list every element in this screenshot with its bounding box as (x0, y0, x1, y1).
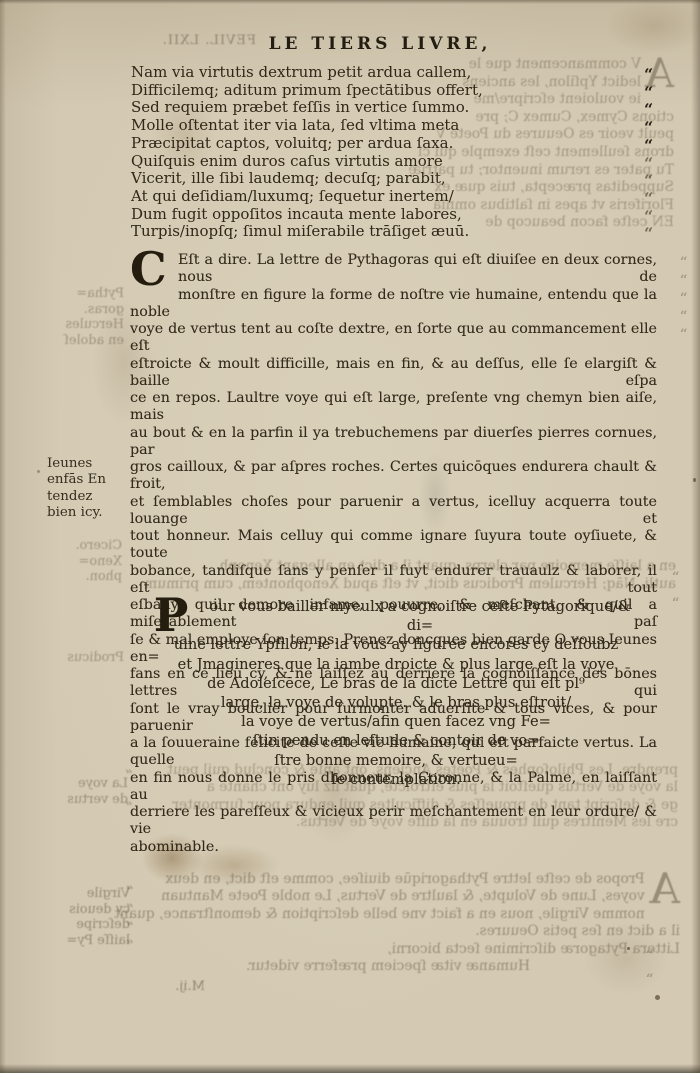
poem-line: At qui deſidiam/luxumq; ſequetur inertem… (131, 188, 651, 206)
ink-speck (655, 995, 660, 1000)
quote-mark-faint: “ (680, 255, 686, 270)
paragraph-line: Eſt a dire. La lettre de Pythagoras qui … (130, 252, 657, 287)
paragraph-line: et Jmagineres que la iambe droicte & plu… (150, 655, 642, 674)
margin-note: Ieunesenfās Entendezbien icy. (47, 456, 127, 522)
showthrough-line: en adoleſ (52, 333, 124, 349)
paragraph-line: bobance, tandiſque ſans y penſer il fuyt… (130, 563, 657, 598)
showthrough-paragraph-bottom2: A Propos de ceſte lettre Pythagoriqūe di… (128, 871, 680, 975)
margin-note-line: enfās En (47, 472, 127, 488)
quote-mark-faint: “ (127, 884, 133, 899)
margin-note-line: bien icy. (47, 505, 127, 521)
latin-poem: Nam via virtutis dextrum petit ardua cal… (131, 64, 651, 241)
running-title: LE TIERS LIVRE, (100, 34, 660, 54)
margin-note-line: Ieunes (47, 456, 127, 472)
paragraph-line: uine lettre Ypſilon, ie la vous ay figur… (150, 635, 642, 654)
showthrough-line: de vertus (58, 792, 128, 808)
showthrough-margin-note: La voyede vertus (58, 776, 128, 807)
showthrough-line: La voye (58, 776, 128, 792)
page-edge-right (691, 0, 700, 1073)
quote-mark-faint: “ (127, 938, 133, 953)
showthrough-margin-note: Prodicus (52, 650, 124, 666)
paragraph-line: large, la voye de volupte. & le bras plu… (150, 693, 642, 712)
poem-line: Sed requiem præbet feſſis in vertice ſum… (131, 99, 651, 117)
quote-mark: “ (644, 190, 668, 208)
poem-line: Nam via virtutis dextrum petit ardua cal… (131, 64, 651, 82)
quote-mark: “ (644, 101, 668, 119)
paragraph-line: ſtre bonne memoire, & vertueu= (150, 751, 642, 770)
showthrough-line: phon. (56, 569, 122, 585)
margin-note-line: tendez (47, 489, 127, 505)
paragraph-line: ſe contemplation. (150, 770, 642, 789)
paragraph-line: tout honneur. Mais celluy qui comme igna… (130, 528, 657, 563)
showthrough-line: Littera Pytagoræ diſcrimine ſecta bicorn… (128, 941, 680, 958)
page-edge-left (0, 0, 6, 1073)
quote-mark-faint: “ (646, 972, 652, 987)
paragraph-line: ſtin pendu en leſtude & contoir de vo= (150, 731, 642, 750)
margin-quote-marks: ““““““““““ (644, 66, 668, 243)
showthrough-margin-note: Pytha=goras.Herculesen adoleſ (52, 286, 124, 348)
showthrough-margin-note: Cicero.Xeno=phon. (56, 538, 122, 585)
poem-line: Præcipitat captos, voluitq; per ardua ſa… (131, 135, 651, 153)
poem-line: Vicerit, ille ſibi laudemq; decuſq; para… (131, 170, 651, 188)
page-edge-bottom (0, 1064, 700, 1073)
quote-mark: “ (644, 208, 668, 226)
showthrough-line: Pytha= (52, 286, 124, 302)
paragraph-line: ce en repos. Laultre voye qui eſt large,… (130, 390, 657, 425)
page-edge-top (0, 0, 700, 4)
paragraph-line: et ſemblables choſes pour paruenir a ver… (130, 494, 657, 529)
showthrough-line: Cicero. (56, 538, 122, 554)
poem-line: Molle oſtentat iter via lata, ſed vltima… (131, 117, 651, 135)
showthrough-line: il a dict en ſes petis Oeuures. (128, 923, 680, 940)
quote-mark-faint: “ (680, 309, 686, 324)
quote-mark-faint: “ (126, 768, 132, 783)
ink-speck (37, 470, 40, 473)
showthrough-line: Prodicus (52, 650, 124, 666)
paragraph-line: au bout & en la parfin il ya trebuchemen… (130, 425, 657, 460)
drop-cap-C: C (130, 254, 172, 287)
quote-mark: “ (644, 155, 668, 173)
poem-line: Quiſquis enim duros caſus virtutis amore (131, 153, 651, 171)
paragraph-line: abominable. (130, 839, 657, 856)
showthrough-line: Virgile (56, 886, 130, 902)
showthrough-line: Humanæ vitæ ſpeciem præferre videtur. (128, 958, 530, 975)
paragraph-line: gros cailloux, & par aſpres roches. Cert… (130, 459, 657, 494)
showthrough-line: nomme Virgile, nous en a faict vne belle… (128, 906, 680, 923)
showthrough-line: Hercules (52, 317, 124, 333)
poem-line: Difficilemq; aditum primum ſpectātibus o… (131, 82, 651, 100)
quote-mark-faint: “ (646, 948, 652, 963)
quote-mark: “ (644, 172, 668, 190)
showthrough-line: goras. (52, 302, 124, 318)
paragraph-line: la voye de vertus/afin quen facez vng Fe… (150, 712, 642, 731)
quote-mark: “ (644, 137, 668, 155)
showthrough-line: Propos de ceſte lettre Pythagoriqūe diui… (128, 871, 680, 888)
quote-mark-faint: “ (680, 273, 686, 288)
paragraph-line: our vous bailler myeulx a cognoiſtre ceſ… (150, 597, 642, 635)
quote-mark-faint: “ (127, 902, 133, 917)
showthrough-margin-note: Virgilecy deuoisdeſcripelaiſſe Py= (56, 886, 130, 948)
showthrough-line: voyes, Lune de Volupte, & laultre de Ver… (128, 888, 680, 905)
showthrough-line: cy deuois (56, 902, 130, 918)
book-page-scan: FEVIL. LXII. A V commancement que leledi… (0, 0, 700, 1073)
paragraph-line: eſtroicte & moult difficille, mais en fi… (130, 356, 657, 391)
quote-mark-faint: “ (680, 327, 686, 342)
paragraph-line: monſtre en figure la forme de noſtre vie… (130, 287, 657, 322)
quote-mark-faint: “ (126, 800, 132, 815)
quote-mark: “ (644, 66, 668, 84)
quote-mark-faint: “ (672, 596, 678, 611)
quote-mark-faint: “ (127, 920, 133, 935)
showthrough-drop-cap: A (650, 872, 680, 908)
showthrough-line: Xeno= (56, 554, 122, 570)
quote-mark-faint: “ (672, 570, 678, 585)
paragraph-line: derriere les pareſſeux & vicieux perir m… (130, 804, 657, 839)
showthrough-line: deſcripe (56, 917, 130, 933)
poem-line: Turpis/inopſq; ſimul miſerabile trāſiget… (131, 223, 651, 241)
quote-mark: “ (644, 119, 668, 137)
tapered-paragraph: P our vous bailler myeulx a cognoiſtre c… (150, 597, 642, 789)
quote-mark-faint: “ (680, 291, 686, 306)
quote-mark: “ (644, 84, 668, 102)
paragraph-line: voye de vertus tent au coſte dextre, en … (130, 321, 657, 356)
showthrough-line: laiſſe Py= (56, 933, 130, 949)
drop-cap-P: P (150, 599, 192, 635)
paragraph-line: de Adoleſcēce, Le bras de la dicte Lettr… (150, 674, 642, 693)
poem-line: Dum fugit oppoſitos incauta mente labore… (131, 206, 651, 224)
quote-mark: “ (644, 225, 668, 243)
showthrough-signature-mark: M.ij. (153, 979, 205, 994)
